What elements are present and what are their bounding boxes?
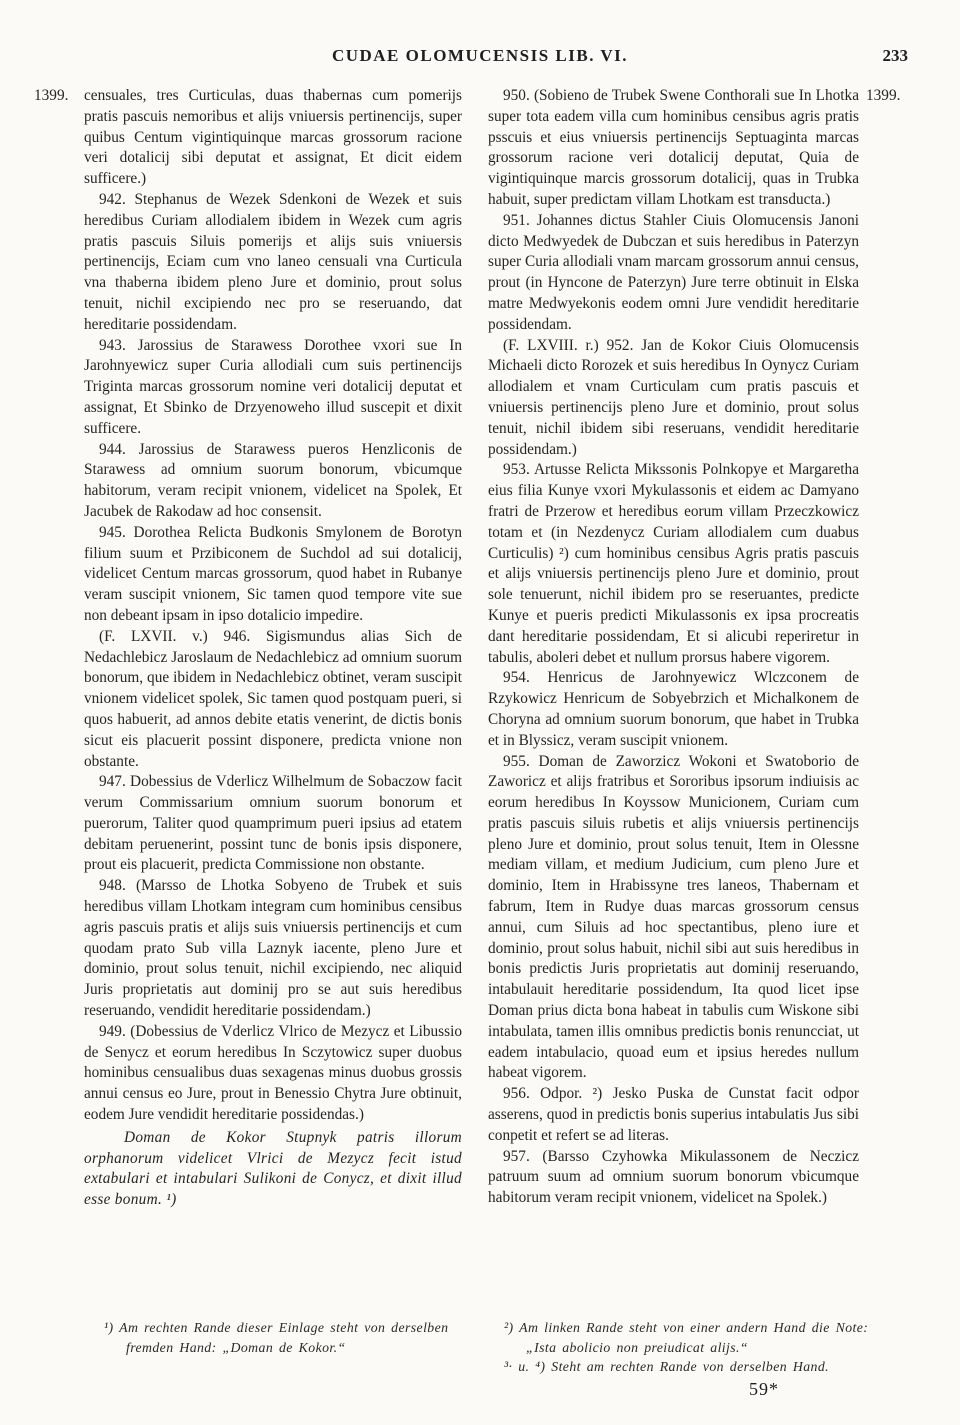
text-body: 1399. censuales, tres Curticulas, duas t… bbox=[0, 86, 960, 1211]
margin-year-left: 1399. bbox=[34, 86, 84, 107]
footnotes: ¹) Am rechten Rande dieser Einlage steht… bbox=[0, 1318, 960, 1399]
footnote-right: ²) Am linken Rande steht von einer ander… bbox=[504, 1318, 894, 1399]
running-title: CUDAE OLOMUCENSIS LIB. VI. bbox=[0, 46, 960, 66]
footnote-1: ¹) Am rechten Rande dieser Einlage steht… bbox=[104, 1318, 476, 1357]
signature-mark: 59* bbox=[504, 1380, 894, 1400]
footnote-left: ¹) Am rechten Rande dieser Einlage steht… bbox=[86, 1318, 476, 1399]
paragraph-955: 955. Doman de Zaworzicz Wokoni et Swatob… bbox=[488, 752, 859, 1085]
paragraph-953: 953. Artusse Relicta Mikssonis Polnkopye… bbox=[488, 460, 859, 668]
paragraph-956: 956. Odpor. ²) Jesko Puska de Cunstat fa… bbox=[488, 1084, 859, 1146]
right-column: 950. (Sobieno de Trubek Swene Conthorali… bbox=[488, 86, 859, 1209]
paragraph-949: 949. (Dobessius de Vderlicz Vlrico de Me… bbox=[84, 1022, 462, 1126]
paragraph-947: 947. Dobessius de Vderlicz Wilhelmum de … bbox=[84, 772, 462, 876]
book-page: CUDAE OLOMUCENSIS LIB. VI. 233 1399. cen… bbox=[0, 0, 960, 1425]
paragraph-marginal-note-italic: Doman de Kokor Stupnyk patris illorum or… bbox=[84, 1128, 462, 1211]
footnote-2: ²) Am linken Rande steht von einer ander… bbox=[504, 1318, 894, 1357]
paragraph-945: 945. Dorothea Relicta Budkonis Smylonem … bbox=[84, 523, 462, 627]
paragraph-950: 950. (Sobieno de Trubek Swene Conthorali… bbox=[488, 86, 859, 211]
page-number: 233 bbox=[883, 46, 909, 66]
footnote-3-4: ³· u. ⁴) Steht am rechten Rande von ders… bbox=[504, 1357, 894, 1377]
paragraph-948: 948. (Marsso de Lhotka Sobyeno de Trubek… bbox=[84, 876, 462, 1022]
page-header: CUDAE OLOMUCENSIS LIB. VI. 233 bbox=[0, 0, 960, 70]
paragraph-943: 943. Jarossius de Starawess Dorothee vxo… bbox=[84, 336, 462, 440]
left-column: censuales, tres Curticulas, duas thabern… bbox=[84, 86, 462, 1211]
paragraph-942: 942. Stephanus de Wezek Sdenkoni de Weze… bbox=[84, 190, 462, 336]
margin-year-right: 1399. bbox=[859, 86, 926, 107]
paragraph-954: 954. Henricus de Jarohnyewicz Wlczconem … bbox=[488, 668, 859, 751]
paragraph-957: 957. (Barsso Czyhowka Mikulassonem de Ne… bbox=[488, 1147, 859, 1209]
paragraph-946: (F. LXVII. v.) 946. Sigismundus alias Si… bbox=[84, 627, 462, 773]
paragraph-952: (F. LXVIII. r.) 952. Jan de Kokor Ciuis … bbox=[488, 336, 859, 461]
paragraph-1399-continuation: censuales, tres Curticulas, duas thabern… bbox=[84, 86, 462, 190]
paragraph-951: 951. Johannes dictus Stahler Ciuis Olomu… bbox=[488, 211, 859, 336]
paragraph-944: 944. Jarossius de Starawess pueros Henzl… bbox=[84, 440, 462, 523]
